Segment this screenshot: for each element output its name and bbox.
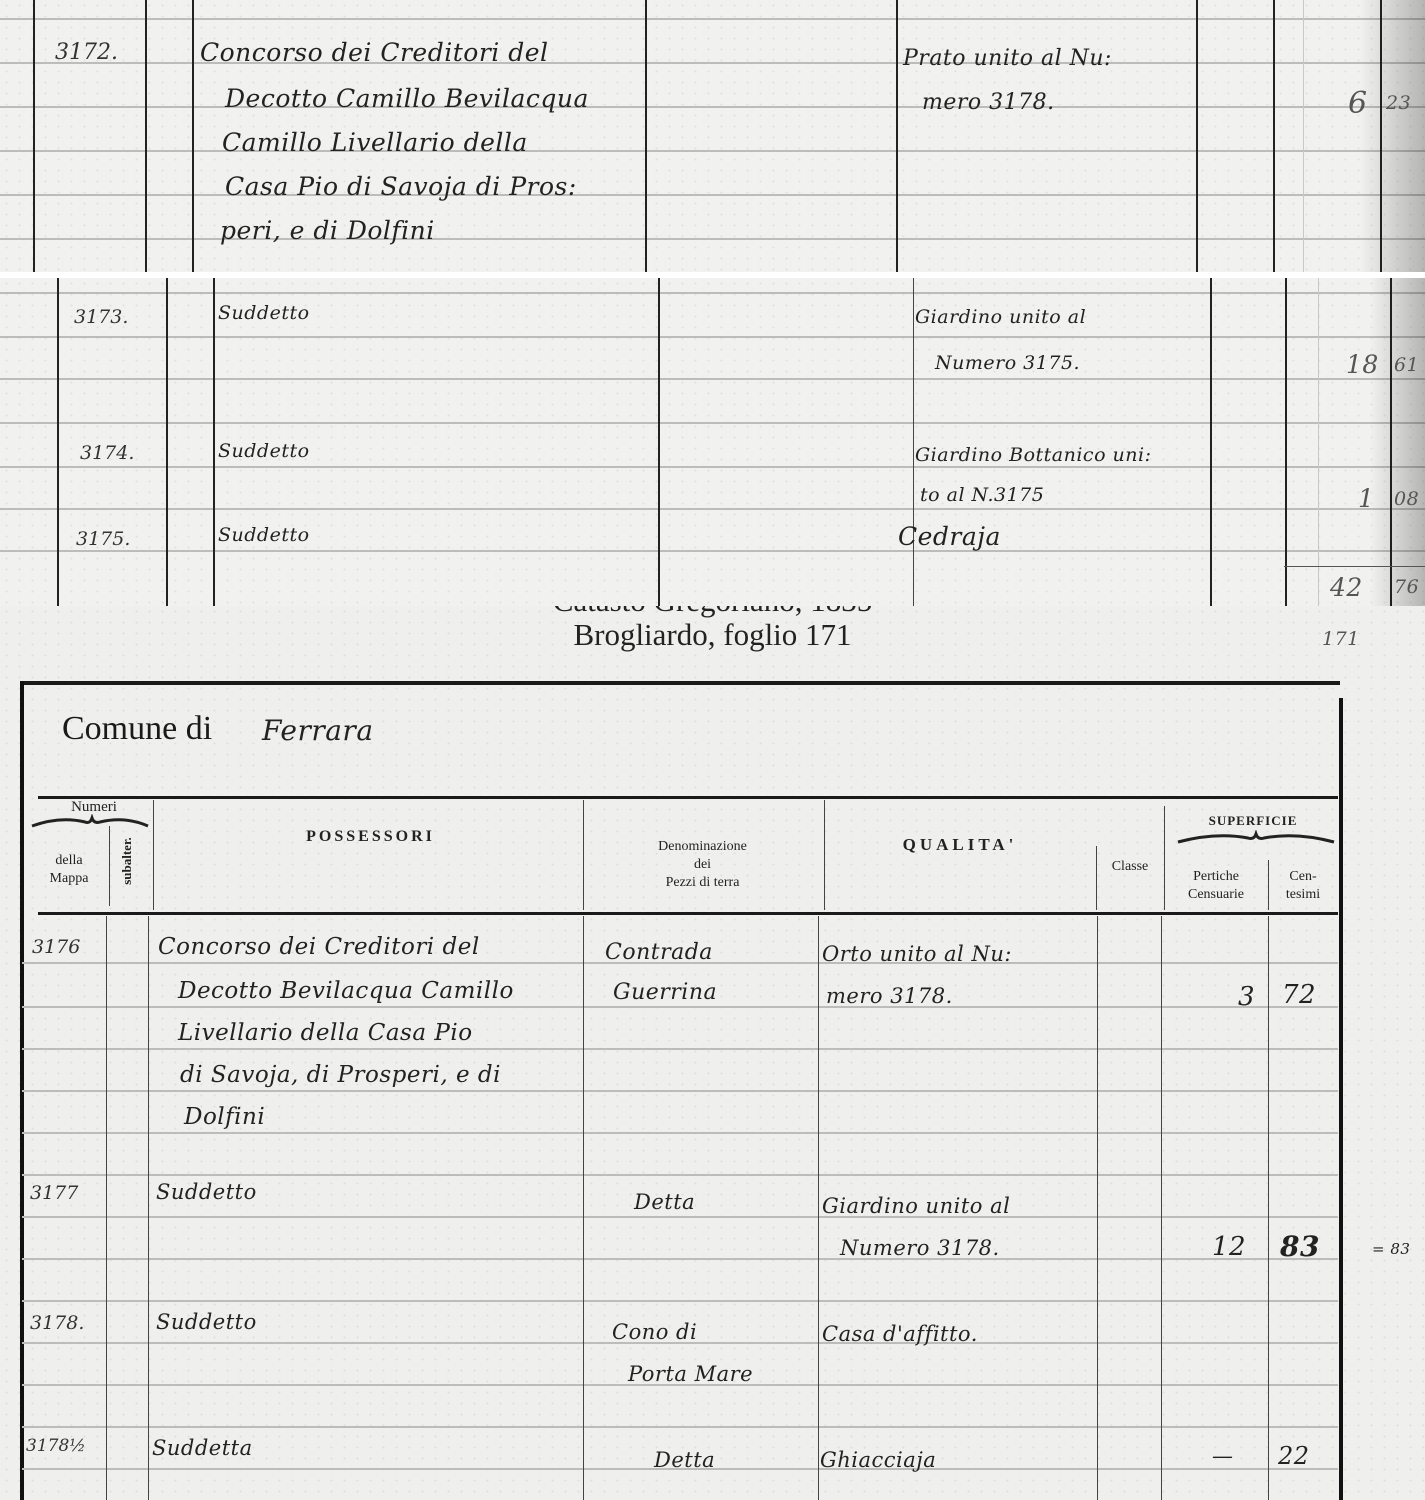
header-centesimi-l1: Cen- (1270, 868, 1336, 886)
header-pertiche-l2: Censuarie (1168, 886, 1264, 904)
header-qualita: QUALITA' (830, 836, 1090, 854)
header-pertiche-l1: Pertiche (1168, 868, 1264, 886)
header-top-rule (38, 796, 1338, 799)
header-classe: Classe (1098, 858, 1162, 876)
register-fragment-middle: 3173. Suddetto Giardino unito al Numero … (0, 278, 1425, 608)
centesimi-value: 08 (1394, 488, 1419, 510)
map-number: 3174. (80, 442, 134, 464)
denominazione-line: Guerrina (613, 980, 717, 1005)
possessore-line: Suddetto (156, 1180, 257, 1204)
margin-note: = 83 (1372, 1240, 1410, 1258)
total-line (1284, 566, 1425, 567)
header-denominazione-l1: Denominazione (590, 838, 815, 856)
possessore-line: Livellario della Casa Pio (178, 1020, 473, 1046)
pertiche-value: 3 (1238, 982, 1255, 1012)
qualita-line: Numero 3175. (935, 352, 1080, 374)
centesimi-value: 23 (1386, 92, 1411, 114)
map-number: 3178½ (26, 1436, 86, 1456)
map-number: 3177 (30, 1182, 78, 1204)
qualita-line: to al N.3175 (920, 484, 1044, 506)
centesimi-value: 72 (1282, 980, 1316, 1010)
header-subalter: subalter. (118, 826, 136, 896)
header-denominazione: Denominazione dei Pezzi di terra (590, 838, 815, 892)
denominazione-line: Detta (634, 1190, 695, 1214)
margin-total-cent: 76 (1394, 576, 1419, 598)
pertiche-value: 6 (1348, 86, 1368, 121)
map-number: 3172. (55, 40, 118, 65)
document-caption: Catasto Gregoriano, 1835 Brogliardo, fog… (0, 606, 1425, 652)
header-pertiche: Pertiche Censuarie (1168, 868, 1264, 904)
possessore-line: Concorso dei Creditori del (200, 38, 549, 67)
header-centesimi: Cen- tesimi (1270, 868, 1336, 904)
centesimi-value: 61 (1394, 354, 1419, 376)
header-della-mappa: dellaMappa (38, 852, 100, 888)
header-superficie: SUPERFICIE (1168, 812, 1338, 830)
possessore-line: Decotto Camillo Bevilacqua (225, 84, 589, 113)
centesimi-value: 83 (1280, 1230, 1320, 1263)
qualita-line: Giardino unito al (822, 1194, 1010, 1218)
qualita-line: Numero 3178. (840, 1236, 1000, 1260)
map-number: 3176 (32, 936, 80, 958)
possessore-line: Camillo Livellario della (222, 128, 528, 157)
possessore: Suddetto (218, 440, 310, 462)
centesimi-value: 22 (1278, 1442, 1310, 1470)
register-page: Catasto Gregoriano, 1835 Brogliardo, fog… (0, 606, 1425, 1500)
header-bottom-rule (38, 912, 1338, 915)
page-top-border (20, 681, 1340, 685)
map-number: 3178. (30, 1312, 84, 1334)
map-number: 3173. (74, 306, 128, 328)
qualita-line: Prato unito al Nu: (903, 46, 1112, 71)
header-denominazione-l3: Pezzi di terra (590, 874, 815, 892)
possessore: Suddetto (218, 302, 310, 324)
header-denominazione-l2: dei (590, 856, 815, 874)
qualita-line: mero 3178. (922, 90, 1055, 115)
qualita-line: mero 3178. (826, 984, 953, 1008)
qualita-line: Ghiacciaja (820, 1448, 936, 1472)
qualita-line: Casa d'affitto. (822, 1322, 978, 1346)
possessore-line: peri, e di Dolfini (220, 216, 435, 245)
header-centesimi-l2: tesimi (1270, 886, 1336, 904)
folio-note: 171 (1322, 628, 1360, 650)
qualita-line: Cedraja (898, 522, 1001, 551)
caption-line-2: Brogliardo, foglio 171 (0, 618, 1425, 652)
comune-name: Ferrara (262, 714, 374, 747)
qualita-line: Giardino Bottanico uni: (915, 444, 1152, 466)
brace-icon (1176, 830, 1336, 846)
denominazione-line: Porta Mare (628, 1362, 753, 1386)
possessore-line: di Savoja, di Prosperi, e di (180, 1062, 501, 1088)
denominazione-line: Contrada (605, 940, 713, 965)
possessore-line: Suddetta (152, 1436, 253, 1460)
denominazione-line: Detta (654, 1448, 715, 1472)
comune-label: Comune di (62, 710, 212, 748)
pertiche-value: 1 (1358, 484, 1374, 513)
qualita-line: Giardino unito al (915, 306, 1086, 328)
pertiche-value: 18 (1346, 350, 1379, 379)
qualita-line: Orto unito al Nu: (822, 942, 1012, 966)
pertiche-value: 12 (1212, 1232, 1246, 1262)
header-possessori: POSSESSORI (158, 828, 583, 846)
pertiche-value: — (1212, 1444, 1234, 1468)
possessore: Suddetto (218, 524, 310, 546)
possessore-line: Casa Pio di Savoja di Pros: (225, 172, 577, 201)
denominazione-line: Cono di (612, 1320, 697, 1344)
margin-total: 42 (1330, 573, 1363, 602)
possessore-line: Concorso dei Creditori del (158, 934, 480, 960)
register-fragment-top: 3172. Concorso dei Creditori del Decotto… (0, 0, 1425, 272)
possessore-line: Decotto Bevilacqua Camillo (178, 978, 514, 1004)
map-number: 3175. (76, 528, 130, 550)
possessore-line: Dolfini (184, 1104, 265, 1130)
possessore-line: Suddetto (156, 1310, 257, 1334)
